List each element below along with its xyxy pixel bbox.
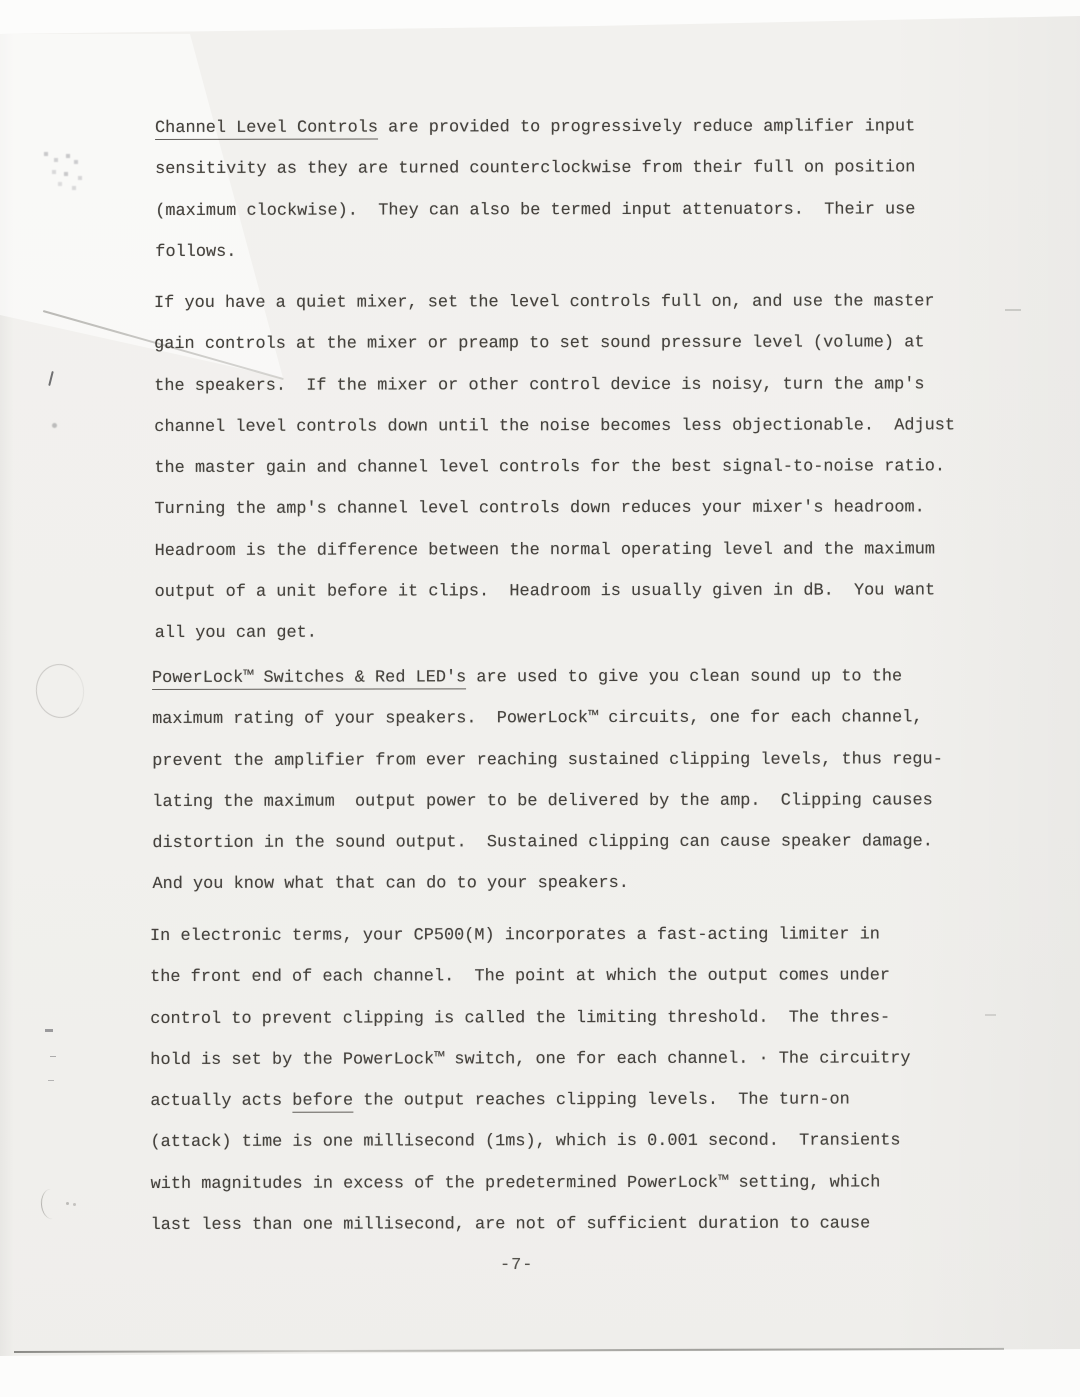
text-segment: with magnitudes in excess of the predete… (151, 1173, 881, 1194)
text-line: gain controls at the mixer or preamp to … (154, 323, 955, 366)
scanned-document-screenshot: Channel Level Controls are provided to p… (0, 0, 1080, 1397)
text-line: maximum rating of your speakers. PowerLo… (152, 698, 943, 741)
text-segment: are used to give you clean sound up to t… (466, 667, 902, 687)
text-line: In electronic terms, your CP500(M) incor… (150, 914, 910, 957)
document-text: Channel Level Controls are provided to p… (0, 0, 1080, 1397)
text-segment: prevent the amplifier from ever reaching… (152, 750, 943, 771)
text-line: the master gain and channel level contro… (154, 447, 955, 490)
text-line: last less than one millisecond, are not … (151, 1203, 911, 1246)
text-line: (maximum clockwise). They can also be te… (155, 189, 915, 232)
underlined-text: PowerLock™ Switches & Red LED's (152, 668, 466, 690)
text-segment: last less than one millisecond, are not … (151, 1215, 871, 1236)
text-line: distortion in the sound output. Sustaine… (152, 822, 943, 865)
text-line: lating the maximum output power to be de… (152, 780, 943, 823)
text-segment: Headroom is the difference between the n… (155, 540, 936, 561)
text-line: sensitivity as they are turned countercl… (155, 148, 915, 191)
text-line: actually acts before the output reaches … (150, 1080, 910, 1123)
text-segment: In electronic terms, your CP500(M) incor… (150, 925, 880, 946)
text-segment: And you know what that can do to your sp… (152, 874, 628, 894)
text-segment: the master gain and channel level contro… (154, 458, 945, 479)
paragraph-mixer-gain-advice: If you have a quiet mixer, set the level… (154, 281, 956, 654)
text-line: PowerLock™ Switches & Red LED's are used… (152, 656, 943, 699)
text-segment: actually acts (150, 1092, 292, 1111)
text-segment: maximum rating of your speakers. PowerLo… (152, 709, 922, 730)
underlined-text: Channel Level Controls (155, 119, 378, 140)
paragraph-channel-level-controls: Channel Level Controls are provided to p… (155, 106, 916, 273)
page-number: -7- (500, 1256, 533, 1275)
text-segment: distortion in the sound output. Sustaine… (152, 833, 933, 854)
text-segment: sensitivity as they are turned countercl… (155, 159, 915, 180)
text-line: with magnitudes in excess of the predete… (151, 1162, 911, 1205)
text-segment: output of a unit before it clips. Headro… (155, 581, 936, 602)
text-segment: the speakers. If the mixer or other cont… (154, 375, 924, 396)
text-segment: the front end of each channel. The point… (150, 967, 890, 988)
text-line: If you have a quiet mixer, set the level… (154, 281, 955, 324)
text-line: channel level controls down until the no… (154, 405, 955, 448)
text-line: Turning the amp's channel level controls… (154, 488, 955, 531)
text-segment: gain controls at the mixer or preamp to … (154, 334, 924, 355)
text-segment: lating the maximum output power to be de… (152, 791, 933, 812)
text-line: follows. (155, 230, 915, 273)
text-line: And you know what that can do to your sp… (152, 863, 943, 906)
text-segment: all you can get. (155, 624, 317, 643)
text-segment: Turning the amp's channel level controls… (154, 499, 924, 520)
text-segment: the output reaches clipping levels. The … (353, 1091, 850, 1111)
underlined-text: before (292, 1092, 353, 1113)
text-line: Headroom is the difference between the n… (155, 529, 956, 572)
paragraph-electronic-terms: In electronic terms, your CP500(M) incor… (150, 914, 911, 1246)
text-segment: (maximum clockwise). They can also be te… (155, 200, 915, 221)
text-segment: (attack) time is one millisecond (1ms), … (150, 1132, 900, 1153)
paragraph-powerlock-switches: PowerLock™ Switches & Red LED's are used… (152, 656, 943, 905)
text-line: the speakers. If the mixer or other cont… (154, 364, 955, 407)
text-segment: channel level controls down until the no… (154, 416, 955, 437)
text-line: all you can get. (155, 612, 956, 655)
text-segment: control to prevent clipping is called th… (150, 1008, 890, 1029)
text-segment: follows. (155, 243, 236, 262)
text-segment: are provided to progressively reduce amp… (378, 117, 915, 137)
text-line: Channel Level Controls are provided to p… (155, 106, 915, 149)
text-line: (attack) time is one millisecond (1ms), … (150, 1121, 910, 1164)
text-line: hold is set by the PowerLock™ switch, on… (150, 1038, 910, 1081)
text-segment: If you have a quiet mixer, set the level… (154, 292, 935, 313)
text-segment: hold is set by the PowerLock™ switch, on… (150, 1049, 910, 1070)
text-line: control to prevent clipping is called th… (150, 997, 910, 1040)
text-line: the front end of each channel. The point… (150, 956, 910, 999)
text-line: prevent the amplifier from ever reaching… (152, 739, 943, 782)
text-line: output of a unit before it clips. Headro… (155, 570, 956, 613)
